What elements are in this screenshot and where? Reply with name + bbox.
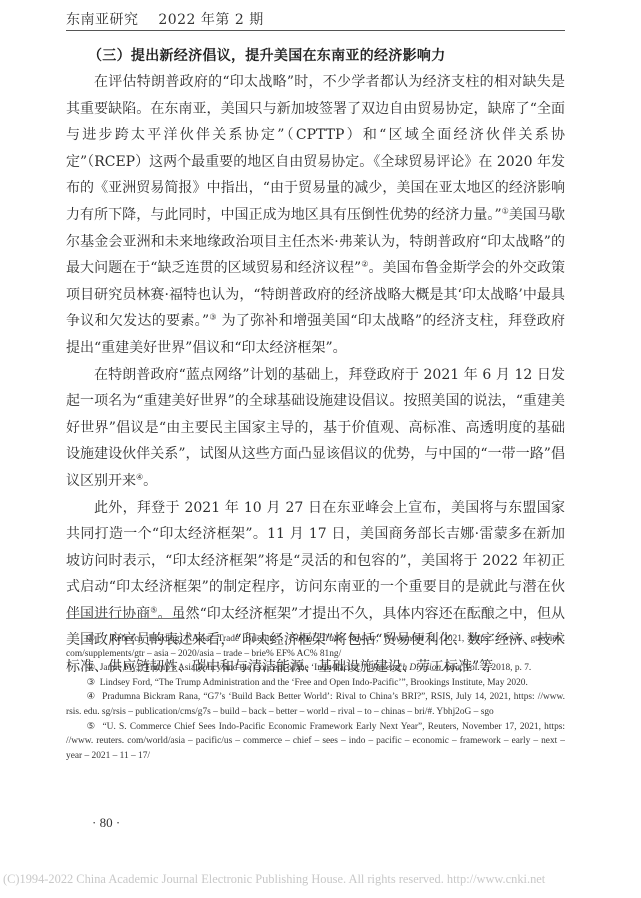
- body-text: 在评估特朗普政府的“印太战略”时，不少学者都认为经济支柱的相对缺失是其重要缺陷。…: [66, 69, 565, 681]
- journal-page: 东南亚研究 2022 年第 2 期 （三）提出新经济倡议，提升美国在东南亚的经济…: [0, 0, 641, 898]
- paragraph-2: 在特朗普政府“蓝点网络”计划的基础上，拜登政府于 2021 年 6 月 12 日…: [66, 362, 565, 495]
- footnotes: ① Rebecca Harding, “Asia: Trade Briefing…: [66, 632, 565, 763]
- footnote-ref-3[interactable]: ③: [209, 313, 217, 322]
- paragraph-1: 在评估特朗普政府的“印太战略”时，不少学者都认为经济支柱的相对缺失是其重要缺陷。…: [66, 69, 565, 362]
- header-divider: [66, 30, 565, 31]
- footnote-5: ⑤ “U. S. Commerce Chief Sees Indo-Pacifi…: [66, 720, 565, 764]
- footnote-2: ② Jamie Fly, “Trump’s Asia Policy and th…: [66, 661, 565, 676]
- page-number: · 80 ·: [92, 815, 120, 831]
- copyright-notice: (C)1994-2022 China Academic Journal Elec…: [3, 872, 545, 887]
- journal-name: 东南亚研究: [66, 12, 139, 28]
- footnote-1: ① Rebecca Harding, “Asia: Trade Briefing…: [66, 632, 565, 661]
- footnote-divider: [66, 618, 184, 619]
- footnote-3: ③ Lindsey Ford, “The Trump Administratio…: [66, 676, 565, 691]
- running-header: 东南亚研究 2022 年第 2 期: [66, 9, 264, 29]
- footnote-4: ④ Pradumna Bickram Rana, “G7’s ‘Build Ba…: [66, 690, 565, 719]
- section-heading: （三）提出新经济倡议，提升美国在东南亚的经济影响力: [88, 45, 446, 65]
- footnote-ref-1[interactable]: ①: [502, 206, 509, 215]
- issue-label: 2022 年第 2 期: [158, 12, 263, 28]
